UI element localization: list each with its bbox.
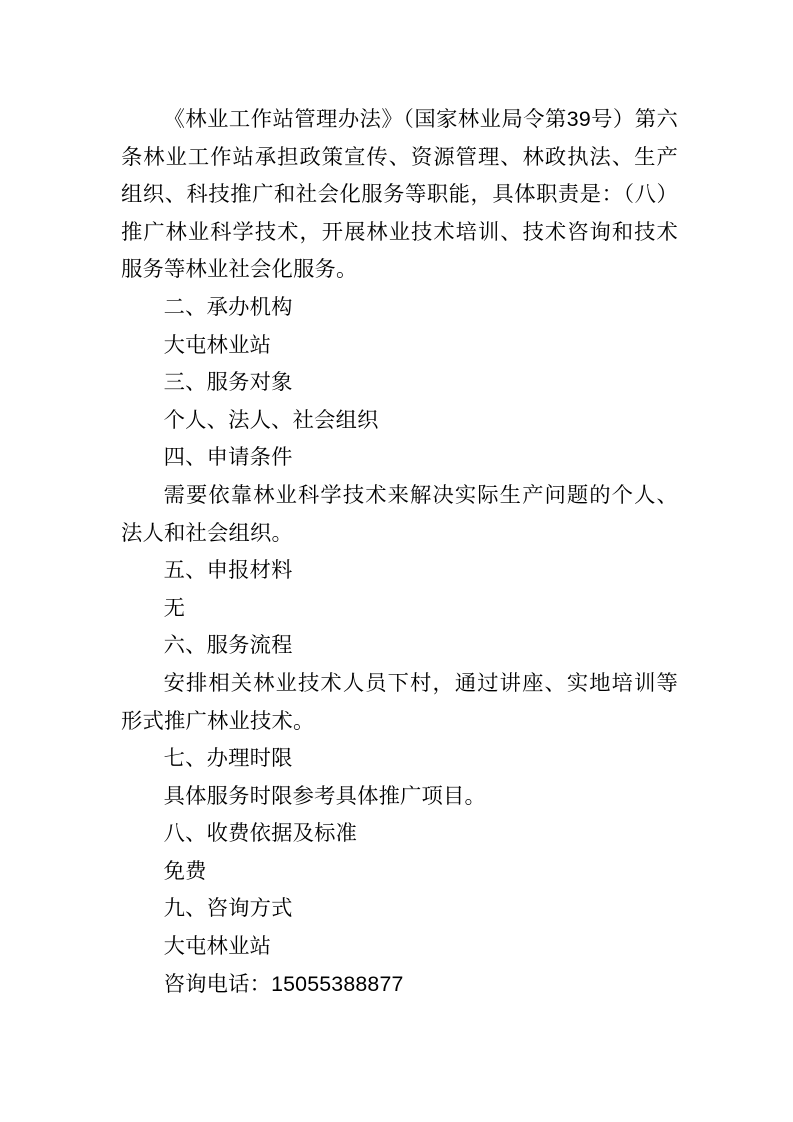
paragraph-service-targets: 个人、法人、社会组织 [121, 402, 678, 440]
heading-consultation-method: 九、咨询方式 [121, 890, 678, 928]
paragraph-service-process: 安排相关林业技术人员下村，通过讲座、实地培训等形式推广林业技术。 [121, 665, 678, 740]
heading-application-materials: 五、申报材料 [121, 552, 678, 590]
paragraph-fee: 免费 [121, 853, 678, 891]
paragraph-consultation-phone: 咨询电话：15055388877 [121, 966, 678, 1004]
paragraph-legal-basis: 《林业工作站管理办法》（国家林业局令第39号）第六条林业工作站承担政策宣传、资源… [121, 101, 678, 289]
heading-fee-basis: 八、收费依据及标准 [121, 815, 678, 853]
paragraph-application-conditions: 需要依靠林业科学技术来解决实际生产问题的个人、法人和社会组织。 [121, 477, 678, 552]
paragraph-consultation-agency: 大屯林业站 [121, 928, 678, 966]
heading-service-targets: 三、服务对象 [121, 364, 678, 402]
paragraph-application-materials: 无 [121, 590, 678, 628]
heading-undertaking-agency: 二、承办机构 [121, 289, 678, 327]
heading-processing-time: 七、办理时限 [121, 740, 678, 778]
paragraph-agency-name: 大屯林业站 [121, 327, 678, 365]
document-body: 《林业工作站管理办法》（国家林业局令第39号）第六条林业工作站承担政策宣传、资源… [121, 101, 678, 1003]
heading-service-process: 六、服务流程 [121, 627, 678, 665]
heading-application-conditions: 四、申请条件 [121, 439, 678, 477]
document-page: 《林业工作站管理办法》（国家林业局令第39号）第六条林业工作站承担政策宣传、资源… [0, 0, 793, 1122]
paragraph-processing-time: 具体服务时限参考具体推广项目。 [121, 778, 678, 816]
